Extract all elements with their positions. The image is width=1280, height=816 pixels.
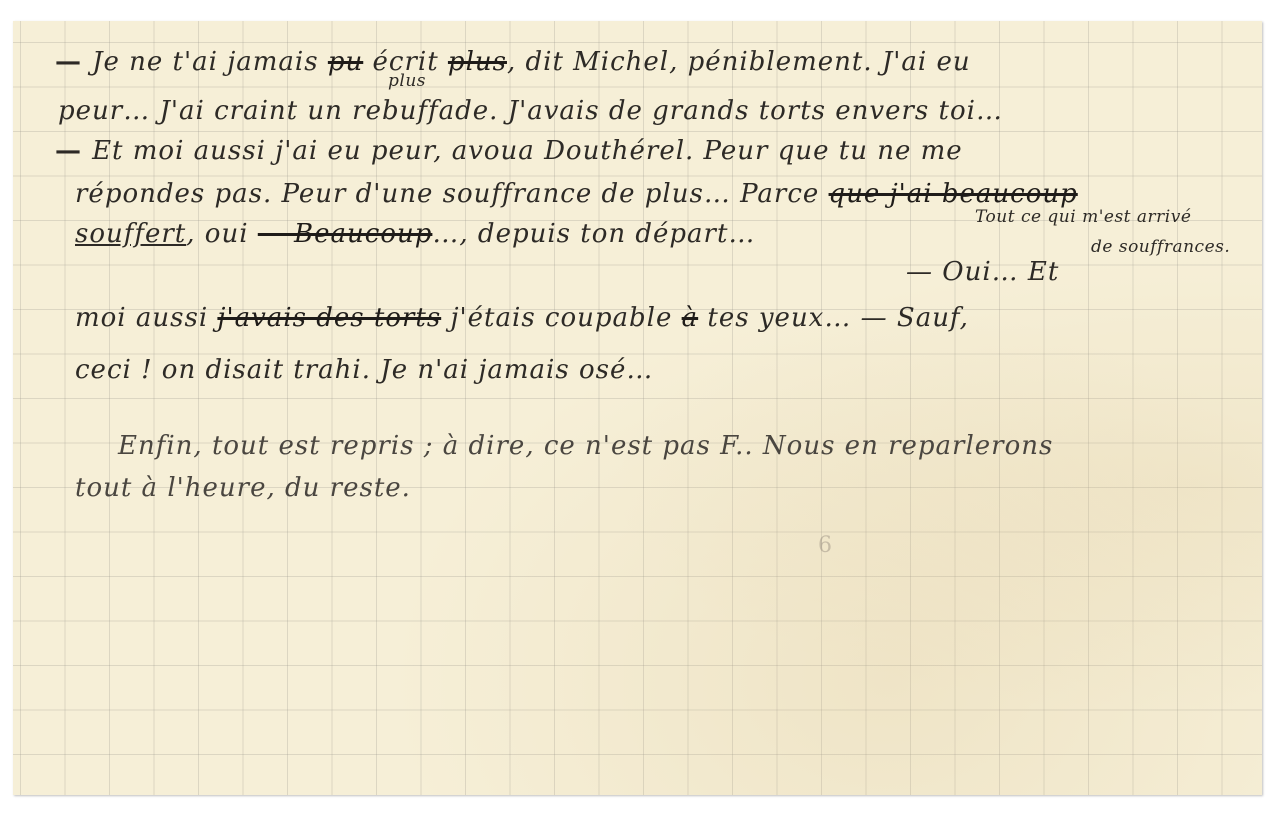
margin-insertion-b: de souffrances. <box>1091 239 1230 256</box>
line-segment: moi aussi <box>75 303 217 333</box>
text-line-3: — Et moi aussi j'ai eu peur, avoua Douth… <box>55 138 963 164</box>
struck-phrase: que j'ai beaucoup <box>829 179 1078 209</box>
pencil-page-number: 6 <box>818 533 832 558</box>
line-segment: Enfin, tout est repris ; à dire, ce n'es… <box>118 431 1053 461</box>
text-line-5: souffert, oui — Beaucoup…, depuis ton dé… <box>75 221 755 247</box>
struck-word: pu <box>328 47 363 77</box>
underlined-word: souffert <box>75 219 186 249</box>
dialogue-dash: — <box>55 136 92 166</box>
text-line-7: moi aussi j'avais des torts j'étais coup… <box>75 305 969 331</box>
text-line-2: peur… J'ai craint un rebuffade. J'avais … <box>58 98 1003 124</box>
text-line-10: tout à l'heure, du reste. <box>75 475 411 501</box>
line-segment: j'étais coupable <box>441 303 681 333</box>
manuscript-page: — Je ne t'ai jamais pu écrit plus, dit M… <box>13 21 1262 795</box>
line-segment: tout à l'heure, du reste. <box>75 473 411 503</box>
text-line-6: — Oui… Et <box>906 259 1059 285</box>
struck-word: à <box>682 303 699 333</box>
text-line-1: — Je ne t'ai jamais pu écrit plus, dit M… <box>55 49 971 75</box>
insertion-above-line-1: plus <box>388 73 426 90</box>
text-line-8: ceci ! on disait trahi. Je n'ai jamais o… <box>75 357 653 383</box>
line-segment: — Oui… Et <box>906 257 1059 287</box>
line-segment: …, depuis ton départ… <box>432 219 755 249</box>
line-segment: , dit Michel, péniblement. J'ai eu <box>507 47 971 77</box>
struck-phrase: j'avais des torts <box>217 303 441 333</box>
struck-word: — Beaucoup <box>258 219 433 249</box>
line-segment: répondes pas. Peur d'une souffrance de p… <box>75 179 829 209</box>
line-segment: ceci ! on disait trahi. Je n'ai jamais o… <box>75 355 653 385</box>
struck-word: plus <box>448 47 507 77</box>
line-segment: peur… J'ai craint un rebuffade. J'avais … <box>58 96 1003 126</box>
line-segment: tes yeux… — Sauf, <box>698 303 969 333</box>
margin-insertion-a: Tout ce qui m'est arrivé <box>975 209 1191 226</box>
text-line-4: répondes pas. Peur d'une souffrance de p… <box>75 181 1078 207</box>
line-segment: , oui <box>186 219 258 249</box>
line-segment: Et moi aussi j'ai eu peur, avoua Douthér… <box>92 136 963 166</box>
dialogue-dash: — <box>55 47 92 77</box>
text-line-9: Enfin, tout est repris ; à dire, ce n'es… <box>118 433 1053 459</box>
line-segment: Je ne t'ai jamais <box>92 47 328 77</box>
